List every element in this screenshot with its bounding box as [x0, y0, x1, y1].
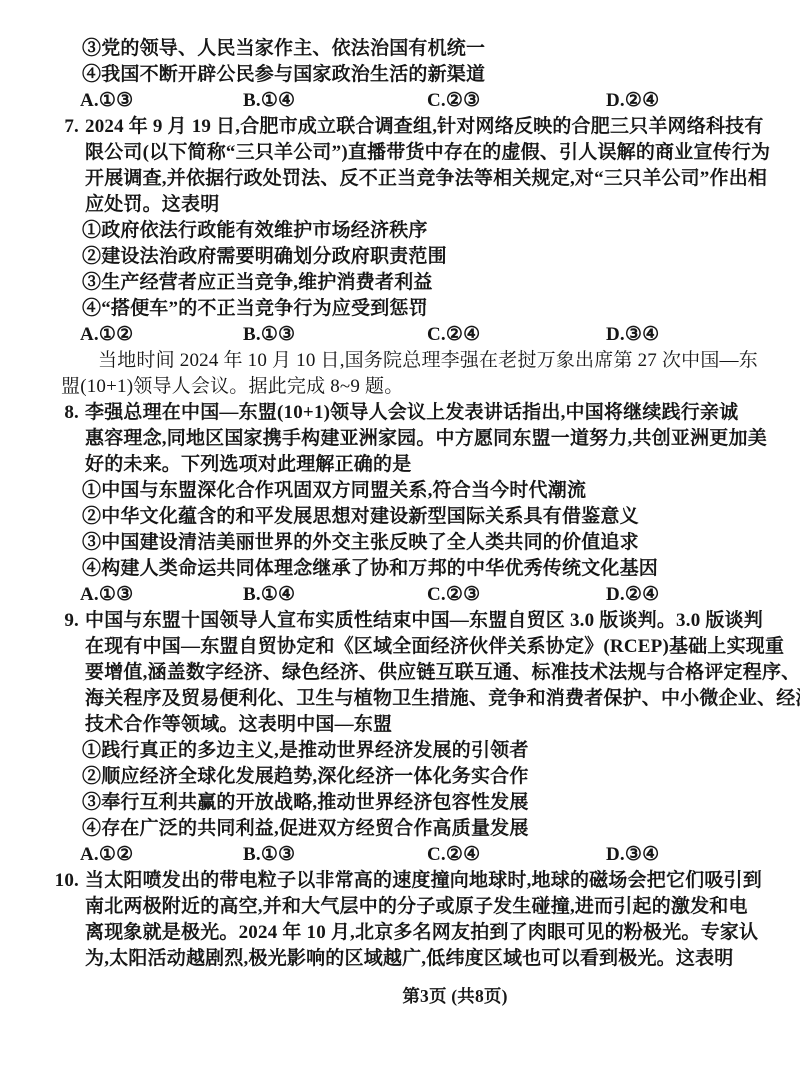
question-9-stem-text: 中国与东盟十国领导人宣布实质性结束中国—东盟自贸区 3.0 版谈判。3.0 版谈…	[85, 610, 763, 631]
question-9-stem-line: 在现有中国—东盟自贸协定和《区域全面经济伙伴关系协定》(RCEP)基础上实现重	[0, 634, 800, 660]
question-7-stem-line: 限公司(以下简称“三只羊公司”)直播带货中存在的虚假、引人误解的商业宣传行为	[0, 140, 800, 166]
question-7-stem-line: 7. 2024 年 9 月 19 日,合肥市成立联合调查组,针对网络反映的合肥三…	[0, 114, 800, 140]
question-7-stem-line: 开展调查,并依据行政处罚法、反不正当竞争法等相关规定,对“三只羊公司”作出相	[0, 166, 800, 192]
question-10-number: 10.	[0, 868, 79, 894]
question-8-stem-line: 惠容理念,同地区国家携手构建亚洲家园。中方愿同东盟一道努力,共创亚洲更加美	[0, 426, 800, 452]
question-9-stem-line: 9. 中国与东盟十国领导人宣布实质性结束中国—东盟自贸区 3.0 版谈判。3.0…	[0, 608, 800, 634]
option-a: A.①②	[80, 322, 133, 348]
option-d: D.③④	[606, 322, 659, 348]
question-8-stem-line: 好的未来。下列选项对此理解正确的是	[0, 452, 800, 478]
option-b: B.①③	[243, 322, 295, 348]
option-c: C.②③	[427, 582, 480, 608]
question-7-stem-line: 应处罚。这表明	[0, 192, 800, 218]
option-d: D.②④	[606, 88, 659, 114]
question-9-item-4: ④存在广泛的共同利益,促进双方经贸合作高质量发展	[0, 816, 800, 842]
option-d: D.③④	[606, 842, 659, 868]
question-8-item-1: ①中国与东盟深化合作巩固双方同盟关系,符合当今时代潮流	[0, 478, 800, 504]
question-7-item-3: ③生产经营者应正当竞争,维护消费者利益	[0, 270, 800, 296]
option-c: C.②④	[427, 322, 480, 348]
question-10: 10. 当太阳喷发出的带电粒子以非常高的速度撞向地球时,地球的磁场会把它们吸引到…	[0, 868, 800, 972]
question-8-options: A.①③ B.①④ C.②③ D.②④	[0, 582, 800, 608]
question-10-stem-line: 离现象就是极光。2024 年 10 月,北京多名网友拍到了肉眼可见的粉极光。专家…	[0, 920, 800, 946]
question-6-options: A.①③ B.①④ C.②③ D.②④	[0, 88, 800, 114]
question-9-item-1: ①践行真正的多边主义,是推动世界经济发展的引领者	[0, 738, 800, 764]
option-a: A.①②	[80, 842, 133, 868]
option-b: B.①④	[243, 582, 295, 608]
question-7-item-1: ①政府依法行政能有效维护市场经济秩序	[0, 218, 800, 244]
exam-page: ③党的领导、人民当家作主、依法治国有机统一 ④我国不断开辟公民参与国家政治生活的…	[0, 0, 800, 1067]
page-number-footer: 第3页 (共8页)	[0, 984, 800, 1008]
question-9-stem-line: 要增值,涵盖数字经济、绿色经济、供应链互联互通、标准技术法规与合格评定程序、	[0, 660, 800, 686]
question-7-item-4: ④“搭便车”的不正当竞争行为应受到惩罚	[0, 296, 800, 322]
question-10-stem-line: 为,太阳活动越剧烈,极光影响的区域越广,低纬度区域也可以看到极光。这表明	[0, 946, 800, 972]
question-7: 7. 2024 年 9 月 19 日,合肥市成立联合调查组,针对网络反映的合肥三…	[0, 114, 800, 348]
question-9-options: A.①② B.①③ C.②④ D.③④	[0, 842, 800, 868]
question-10-stem-text: 当太阳喷发出的带电粒子以非常高的速度撞向地球时,地球的磁场会把它们吸引到	[85, 870, 762, 891]
question-8-item-2: ②中华文化蕴含的和平发展思想对建设新型国际关系具有借鉴意义	[0, 504, 800, 530]
passage-8-9: 当地时间 2024 年 10 月 10 日,国务院总理李强在老挝万象出席第 27…	[0, 348, 800, 400]
question-9-item-3: ③奉行互利共赢的开放战略,推动世界经济包容性发展	[0, 790, 800, 816]
question-9-number: 9.	[0, 608, 79, 634]
question-7-number: 7.	[0, 114, 79, 140]
exam-content: ③党的领导、人民当家作主、依法治国有机统一 ④我国不断开辟公民参与国家政治生活的…	[0, 0, 800, 1008]
question-8-number: 8.	[0, 400, 79, 426]
option-c: C.②③	[427, 88, 480, 114]
question-8-item-3: ③中国建设清洁美丽世界的外交主张反映了全人类共同的价值追求	[0, 530, 800, 556]
question-9-stem-line: 技术合作等领域。这表明中国—东盟	[0, 712, 800, 738]
question-8-stem-text: 李强总理在中国—东盟(10+1)领导人会议上发表讲话指出,中国将继续践行亲诚	[85, 402, 738, 423]
option-d: D.②④	[606, 582, 659, 608]
option-b: B.①④	[243, 88, 295, 114]
question-10-stem-line: 南北两极附近的高空,并和大气层中的分子或原子发生碰撞,进而引起的激发和电	[0, 894, 800, 920]
question-9-item-2: ②顺应经济全球化发展趋势,深化经济一体化务实合作	[0, 764, 800, 790]
question-7-stem-text: 2024 年 9 月 19 日,合肥市成立联合调查组,针对网络反映的合肥三只羊网…	[85, 116, 764, 137]
passage-line: 当地时间 2024 年 10 月 10 日,国务院总理李强在老挝万象出席第 27…	[0, 348, 800, 374]
option-b: B.①③	[243, 842, 295, 868]
question-9-stem-line: 海关程序及贸易便利化、卫生与植物卫生措施、竞争和消费者保护、中小微企业、经济	[0, 686, 800, 712]
question-6-tail: ③党的领导、人民当家作主、依法治国有机统一 ④我国不断开辟公民参与国家政治生活的…	[0, 36, 800, 114]
question-9: 9. 中国与东盟十国领导人宣布实质性结束中国—东盟自贸区 3.0 版谈判。3.0…	[0, 608, 800, 868]
question-6-item-4: ④我国不断开辟公民参与国家政治生活的新渠道	[0, 62, 800, 88]
option-c: C.②④	[427, 842, 480, 868]
option-a: A.①③	[80, 582, 133, 608]
question-6-item-3: ③党的领导、人民当家作主、依法治国有机统一	[0, 36, 800, 62]
question-8-stem-line: 8. 李强总理在中国—东盟(10+1)领导人会议上发表讲话指出,中国将继续践行亲…	[0, 400, 800, 426]
question-8: 8. 李强总理在中国—东盟(10+1)领导人会议上发表讲话指出,中国将继续践行亲…	[0, 400, 800, 608]
question-8-item-4: ④构建人类命运共同体理念继承了协和万邦的中华优秀传统文化基因	[0, 556, 800, 582]
question-10-stem-line: 10. 当太阳喷发出的带电粒子以非常高的速度撞向地球时,地球的磁场会把它们吸引到	[0, 868, 800, 894]
question-7-options: A.①② B.①③ C.②④ D.③④	[0, 322, 800, 348]
question-7-item-2: ②建设法治政府需要明确划分政府职责范围	[0, 244, 800, 270]
option-a: A.①③	[80, 88, 133, 114]
passage-line: 盟(10+1)领导人会议。据此完成 8~9 题。	[0, 374, 800, 400]
